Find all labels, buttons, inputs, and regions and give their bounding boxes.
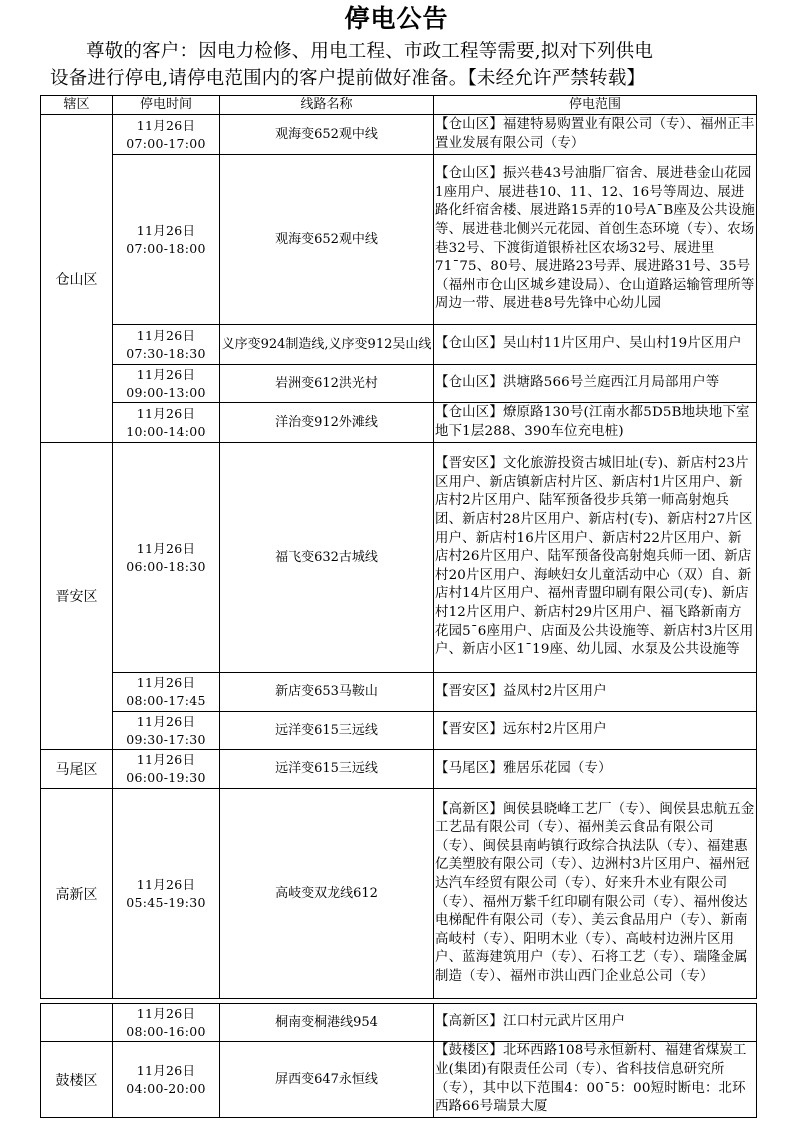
outage-hours: 10:00-14:00: [113, 423, 219, 441]
outage-scope-cell: 【晋安区】益凤村2片区用户: [434, 673, 757, 712]
outage-date: 11月26日: [113, 1062, 219, 1080]
outage-scope-cell: 【仓山区】燎原路130号(江南水都5D5B地块地下室地下1层288、390车位充…: [434, 403, 757, 443]
outage-table-body-continued: 11月26日08:00-16:00桐南变桐港线954【高新区】江口村元武片区用户…: [41, 1004, 757, 1118]
table-row: 11月26日08:00-17:45新店变653马鞍山【晋安区】益凤村2片区用户: [41, 673, 757, 712]
line-name-cell: 洋治变912外滩线: [220, 403, 434, 443]
table-row: 仓山区11月26日07:00-17:00观海变652观中线【仓山区】福建特易购置…: [41, 115, 757, 155]
outage-scope-cell: 【晋安区】文化旅游投资古城旧址(专)、新店村23片区用户、新店镇新店村片区、新店…: [434, 443, 757, 673]
line-name-cell: 观海变652观中线: [220, 115, 434, 155]
outage-table-body: 仓山区11月26日07:00-17:00观海变652观中线【仓山区】福建特易购置…: [41, 115, 757, 999]
line-name-cell: 桐南变桐港线954: [220, 1004, 434, 1042]
outage-scope-cell: 【仓山区】洪塘路566号兰庭西江月局部用户等: [434, 365, 757, 403]
outage-time-cell: 11月26日09:00-13:00: [113, 365, 220, 403]
table-row: 11月26日10:00-14:00洋治变912外滩线【仓山区】燎原路130号(江…: [41, 403, 757, 443]
outage-time-cell: 11月26日06:00-18:30: [113, 443, 220, 673]
district-cell: 仓山区: [41, 115, 113, 443]
line-name-cell: 新店变653马鞍山: [220, 673, 434, 712]
district-cell: 鼓楼区: [41, 1042, 113, 1118]
intro-line-1: 尊敬的客户：因电力检修、用电工程、市政工程等需要,拟对下列供电: [50, 38, 770, 65]
district-cell: 高新区: [41, 789, 113, 999]
outage-date: 11月26日: [113, 117, 219, 135]
outage-hours: 05:45-19:30: [113, 894, 219, 912]
outage-scope-cell: 【马尾区】雅居乐花园（专）: [434, 750, 757, 789]
table-header-row: 辖区 停电时间 线路名称 停电范围: [41, 96, 757, 115]
intro-line-2: 设备进行停电,请停电范围内的客户提前做好准备。【未经允许严禁转载】: [50, 65, 770, 92]
outage-date: 11月26日: [113, 222, 219, 240]
outage-hours: 09:00-13:00: [113, 384, 219, 402]
line-name-cell: 义序变924制造线,义序变912吴山线: [220, 325, 434, 365]
outage-scope-cell: 【仓山区】福建特易购置业有限公司（专）、福州正丰置业发展有限公司（专）: [434, 115, 757, 155]
line-name-cell: 远洋变615三远线: [220, 750, 434, 789]
outage-time-cell: 11月26日07:30-18:30: [113, 325, 220, 365]
outage-time-cell: 11月26日08:00-17:45: [113, 673, 220, 712]
table-row: 马尾区11月26日06:00-19:30远洋变615三远线【马尾区】雅居乐花园（…: [41, 750, 757, 789]
line-name-cell: 岩洲变612洪光村: [220, 365, 434, 403]
outage-scope-cell: 【高新区】江口村元武片区用户: [434, 1004, 757, 1042]
outage-time-cell: 11月26日07:00-18:00: [113, 155, 220, 325]
district-cell: 马尾区: [41, 750, 113, 789]
line-name-cell: 屏西变647永恒线: [220, 1042, 434, 1118]
outage-time-cell: 11月26日09:30-17:30: [113, 712, 220, 750]
outage-date: 11月26日: [113, 876, 219, 894]
outage-table: 辖区 停电时间 线路名称 停电范围 仓山区11月26日07:00-17:00观海…: [40, 95, 757, 999]
outage-table-continued: 11月26日08:00-16:00桐南变桐港线954【高新区】江口村元武片区用户…: [40, 1003, 757, 1118]
outage-date: 11月26日: [113, 713, 219, 731]
outage-scope-cell: 【晋安区】远东村2片区用户: [434, 712, 757, 750]
table-row: 11月26日07:30-18:30义序变924制造线,义序变912吴山线【仓山区…: [41, 325, 757, 365]
outage-date: 11月26日: [113, 366, 219, 384]
outage-scope-cell: 【鼓楼区】北环西路108号永恒新村、福建省煤炭工业(集团)有限责任公司（专）、省…: [434, 1042, 757, 1118]
outage-hours: 04:00-20:00: [113, 1080, 219, 1098]
outage-scope-cell: 【仓山区】振兴巷43号油脂厂宿舍、展进巷金山花园1座用户、展进巷10、11、12…: [434, 155, 757, 325]
outage-time-cell: 11月26日06:00-19:30: [113, 750, 220, 789]
notice-title: 停电公告: [0, 4, 793, 34]
district-cell: 晋安区: [41, 443, 113, 750]
outage-hours: 08:00-16:00: [113, 1023, 219, 1041]
outage-scope-cell: 【高新区】闽侯县晓峰工艺厂（专）、闽侯县忠航五金工艺品有限公司（专）、福州美云食…: [434, 789, 757, 999]
outage-hours: 07:30-18:30: [113, 345, 219, 363]
line-name-cell: 观海变652观中线: [220, 155, 434, 325]
table-row: 11月26日09:00-13:00岩洲变612洪光村【仓山区】洪塘路566号兰庭…: [41, 365, 757, 403]
district-cell: [41, 1004, 113, 1042]
table-row: 高新区11月26日05:45-19:30高岐变双龙线612【高新区】闽侯县晓峰工…: [41, 789, 757, 999]
table-row: 11月26日07:00-18:00观海变652观中线【仓山区】振兴巷43号油脂厂…: [41, 155, 757, 325]
header-time: 停电时间: [113, 96, 220, 115]
outage-time-cell: 11月26日07:00-17:00: [113, 115, 220, 155]
outage-hours: 09:30-17:30: [113, 731, 219, 749]
outage-scope-cell: 【仓山区】吴山村11片区用户、吴山村19片区用户: [434, 325, 757, 365]
outage-date: 11月26日: [113, 327, 219, 345]
header-line: 线路名称: [220, 96, 434, 115]
outage-hours: 06:00-19:30: [113, 769, 219, 787]
outage-date: 11月26日: [113, 751, 219, 769]
table-row: 11月26日09:30-17:30远洋变615三远线【晋安区】远东村2片区用户: [41, 712, 757, 750]
outage-date: 11月26日: [113, 405, 219, 423]
table-row: 晋安区11月26日06:00-18:30福飞变632古城线【晋安区】文化旅游投资…: [41, 443, 757, 673]
outage-time-cell: 11月26日10:00-14:00: [113, 403, 220, 443]
line-name-cell: 远洋变615三远线: [220, 712, 434, 750]
outage-hours: 08:00-17:45: [113, 692, 219, 710]
header-scope: 停电范围: [434, 96, 757, 115]
line-name-cell: 福飞变632古城线: [220, 443, 434, 673]
outage-time-cell: 11月26日05:45-19:30: [113, 789, 220, 999]
outage-date: 11月26日: [113, 540, 219, 558]
table-row: 鼓楼区11月26日04:00-20:00屏西变647永恒线【鼓楼区】北环西路10…: [41, 1042, 757, 1118]
outage-hours: 07:00-17:00: [113, 135, 219, 153]
outage-time-cell: 11月26日08:00-16:00: [113, 1004, 220, 1042]
outage-hours: 07:00-18:00: [113, 240, 219, 258]
outage-hours: 06:00-18:30: [113, 558, 219, 576]
outage-date: 11月26日: [113, 1005, 219, 1023]
notice-intro: 尊敬的客户：因电力检修、用电工程、市政工程等需要,拟对下列供电 设备进行停电,请…: [50, 38, 770, 92]
header-district: 辖区: [41, 96, 113, 115]
outage-date: 11月26日: [113, 674, 219, 692]
table-row: 11月26日08:00-16:00桐南变桐港线954【高新区】江口村元武片区用户: [41, 1004, 757, 1042]
line-name-cell: 高岐变双龙线612: [220, 789, 434, 999]
outage-time-cell: 11月26日04:00-20:00: [113, 1042, 220, 1118]
